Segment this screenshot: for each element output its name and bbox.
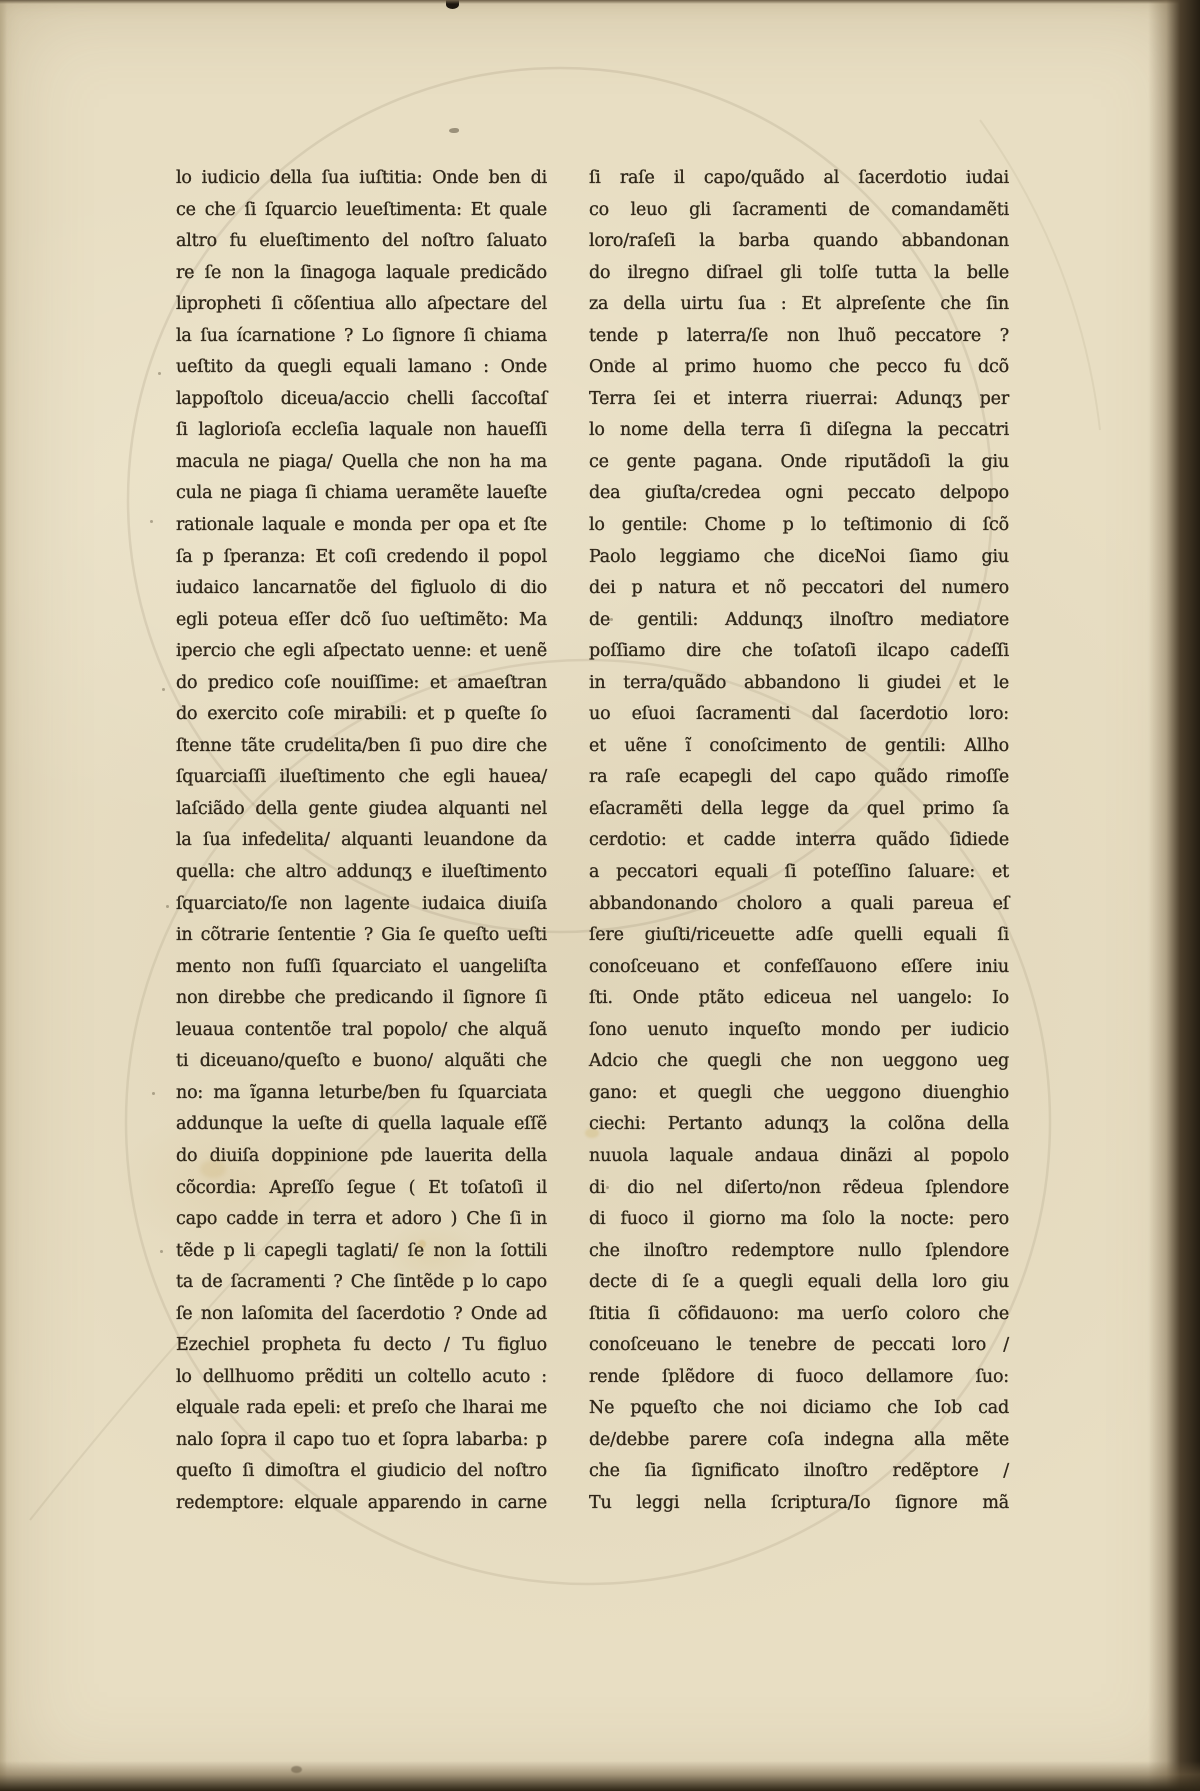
text-line: rende ſplẽdore di fuoco dellamore ſuo: (589, 1362, 1009, 1394)
text-line: dea giuſta/credea ogni peccato delpopo (589, 478, 1009, 510)
text-line: in terra/quãdo abbandono li giudei et le (589, 668, 1009, 700)
text-line: ſquarciaſſi ilueſtimento che egli hauea/ (176, 762, 547, 794)
text-line: cerdotio: et cadde interra quãdo ſidiede (589, 825, 1009, 857)
text-line: Adcio che quegli che non ueggono ueg (589, 1046, 1009, 1078)
text-line: ſa p ſperanza: Et coſi credendo il popol (176, 542, 547, 574)
text-line: ueſtito da quegli equali lamano : Onde (176, 352, 547, 384)
text-line: in cõtrarie ſententie ? Gia ſe queſto ue… (176, 920, 547, 952)
text-line: lo iudicio della ſua iuſtitia: Onde ben … (176, 163, 547, 195)
text-line: che ſia ſignificato ilnoſtro redẽptore / (589, 1456, 1009, 1488)
text-line: do ilregno diſrael gli tolſe tutta la be… (589, 258, 1009, 290)
text-line: la ſua infedelita/ alquanti leuandone da (176, 825, 547, 857)
text-line: leuaua contentõe tral popolo/ che alquã (176, 1015, 547, 1047)
text-line: Ne pqueſto che noi diciamo che Iob cad (589, 1393, 1009, 1425)
text-line: egli poteua eſſer dcõ ſuo ueſtimẽto: Ma (176, 605, 547, 637)
text-line: cula ne piaga ſi chiama ueramẽte laueſte (176, 478, 547, 510)
text-line: la ſua ícarnatione ? Lo ſignore ſi chiam… (176, 321, 547, 353)
text-line: decte di ſe a quegli equali della loro g… (589, 1267, 1009, 1299)
text-line: ra raſe ecapegli del capo quãdo rimoſſe (589, 762, 1009, 794)
page-edge-top (0, 0, 1200, 4)
text-line: Ezechiel propheta fu decto / Tu figluo (176, 1330, 547, 1362)
text-line: dei p natura et nõ peccatori del numero (589, 573, 1009, 605)
text-line: mento non fuſſi ſquarciato el uangeliſta (176, 952, 547, 984)
text-line: ce gente pagana. Onde riputãdoſi la giu (589, 447, 1009, 479)
text-line: nalo ſopra il capo tuo et ſopra labarba:… (176, 1425, 547, 1457)
text-line: co leuo gli ſacramenti de comandamẽti (589, 195, 1009, 227)
page-edge-right (1148, 0, 1200, 1791)
text-line: ſquarciato/ſe non lagente iudaica diuiſa (176, 889, 547, 921)
text-line: ciechi: Pertanto adunqʒ la colõna della (589, 1109, 1009, 1141)
text-line: de gentili: Addunqʒ ilnoſtro mediatore (589, 605, 1009, 637)
page-edge-left (0, 0, 7, 1791)
text-line: redemptore: elquale apparendo in carne (176, 1488, 547, 1520)
text-line: poſſiamo dire che toſatoſi ilcapo cadeſſ… (589, 636, 1009, 668)
ink-mark (449, 128, 459, 133)
text-line: gano: et quegli che ueggono diuenghio (589, 1078, 1009, 1110)
text-line: rationale laquale e monda per opa et ſte (176, 510, 547, 542)
text-line: lo dellhuomo prẽditi un coltello acuto : (176, 1362, 547, 1394)
left-text-column: lo iudicio della ſua iuſtitia: Onde ben … (176, 163, 547, 1520)
text-line: Terra ſei et interra riuerrai: Adunqʒ pe… (589, 384, 1009, 416)
text-line: ipercio che egli aſpectato uenne: et uen… (176, 636, 547, 668)
text-line: lo gentile: Chome p lo teſtimonio di ſcõ (589, 510, 1009, 542)
ink-speck (166, 905, 169, 908)
text-line: ſi laglorioſa eccleſia laquale non haueſ… (176, 415, 547, 447)
text-line: nuuola laquale andaua dinãzi al popolo (589, 1141, 1009, 1173)
text-line: ſtitia ſi cõfidauono: ma uerſo coloro ch… (589, 1299, 1009, 1331)
text-line: et uẽne ĩ conoſcimento de gentili: Allho (589, 731, 1009, 763)
text-line: Paolo leggiamo che diceNoi ſiamo giu (589, 542, 1009, 574)
text-line: eſacramẽti della legge da quel primo ſa (589, 794, 1009, 826)
text-line: ta de ſacramenti ? Che ſintẽde p lo capo (176, 1267, 547, 1299)
text-line: elquale rada epeli: et preſo che lharai … (176, 1393, 547, 1425)
right-text-column: ſi raſe il capo/quãdo al ſacerdotio iuda… (589, 163, 1009, 1520)
ink-speck (160, 1250, 163, 1253)
ink-speck (150, 520, 153, 523)
text-line: che ilnoſtro redemptore nullo ſplendore (589, 1236, 1009, 1268)
text-line: do exercito coſe mirabili: et p queſte ſ… (176, 699, 547, 731)
ink-speck (162, 688, 165, 691)
text-line: za della uirtu ſua : Et alpreſente che ſ… (589, 289, 1009, 321)
text-line: lappoſtolo diceua/accio chelli ſaccoſtaſ (176, 384, 547, 416)
text-line: lipropheti ſi cõſentiua allo aſpectare d… (176, 289, 547, 321)
text-line: capo cadde in terra et adoro ) Che ſi in (176, 1204, 547, 1236)
text-line: tende p laterra/ſe non lhuõ peccatore ? (589, 321, 1009, 353)
text-line: ſe non laſomita del ſacerdotio ? Onde ad (176, 1299, 547, 1331)
text-line: di fuoco il giorno ma ſolo la nocte: per… (589, 1204, 1009, 1236)
text-line: ſere giuſti/riceuette adſe quelli equali… (589, 920, 1009, 952)
text-line: addunque la ueſte di quella laquale eſſẽ (176, 1109, 547, 1141)
text-line: macula ne piaga/ Quella che non ha ma (176, 447, 547, 479)
text-line: ſti. Onde ptãto ediceua nel uangelo: Io (589, 983, 1009, 1015)
text-line: ſono uenuto inqueſto mondo per iudicio (589, 1015, 1009, 1047)
text-line: conoſceuano le tenebre de peccati loro / (589, 1330, 1009, 1362)
text-line: a peccatori equali ſi poteſſino ſaluare:… (589, 857, 1009, 889)
ink-speck (158, 372, 161, 375)
text-line: altro fu elueſtimento del noſtro ſaluato (176, 226, 547, 258)
text-line: ſtenne tãte crudelita/ben ſi puo dire ch… (176, 731, 547, 763)
text-line: di dio nel diſerto/non rẽdeua ſplendore (589, 1173, 1009, 1205)
ink-speck (152, 1092, 155, 1095)
text-line: queſto ſi dimoſtra el giudicio del noſtr… (176, 1456, 547, 1488)
text-line: laſciãdo della gente giudea alquanti nel (176, 794, 547, 826)
text-line: non direbbe che predicando il ſignore ſi (176, 983, 547, 1015)
text-line: tẽde p li capegli taglati/ ſe non la ſot… (176, 1236, 547, 1268)
text-line: do predico coſe nouiſſime: et amaeſtran (176, 668, 547, 700)
text-line: quella: che altro addunqʒ e ilueſtimento (176, 857, 547, 889)
text-line: Tu leggi nella ſcriptura/Io ſignore mã (589, 1488, 1009, 1520)
text-line: iudaico lancarnatõe del figluolo di dio (176, 573, 547, 605)
text-line: cõcordia: Apreſſo ſegue ( Et toſatoſi il (176, 1173, 547, 1205)
text-line: ce che ſi ſquarcio leueſtimenta: Et qual… (176, 195, 547, 227)
text-line: ſi raſe il capo/quãdo al ſacerdotio iuda… (589, 163, 1009, 195)
text-line: de/debbe parere coſa indegna alla mẽte (589, 1425, 1009, 1457)
text-line: ti diceuano/queſto e buono/ alquãti che (176, 1046, 547, 1078)
text-line: re ſe non la ſinagoga laquale predicãdo (176, 258, 547, 290)
text-line: no: ma ĩganna leturbe/ben fu ſquarciata (176, 1078, 547, 1110)
text-line: conoſceuano et confeſſauono eſſere iniu (589, 952, 1009, 984)
scanned-book-page: lo iudicio della ſua iuſtitia: Onde ben … (0, 0, 1200, 1791)
text-line: uo eſuoi ſacramenti dal ſacerdotio loro: (589, 699, 1009, 731)
text-line: lo nome della terra ſi diſegna la peccat… (589, 415, 1009, 447)
text-line: Onde al primo huomo che pecco fu dcõ (589, 352, 1009, 384)
page-edge-bottom (0, 1761, 1200, 1791)
text-line: abbandonando choloro a quali pareua eſ (589, 889, 1009, 921)
text-line: loro/raſeſi la barba quando abbandonan (589, 226, 1009, 258)
text-line: do diuiſa doppinione pde lauerita della (176, 1141, 547, 1173)
